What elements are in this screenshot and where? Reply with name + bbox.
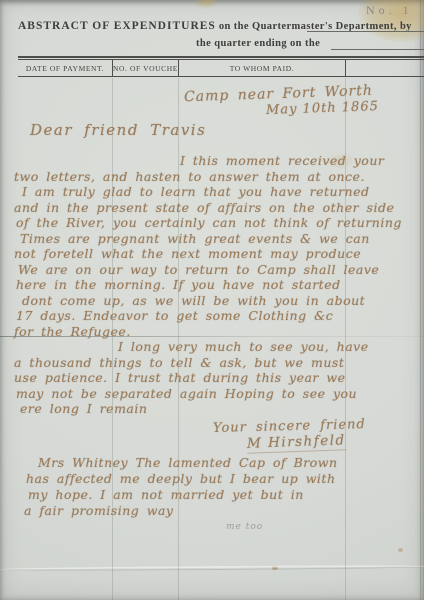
letter-line: 17 days. Endeavor to get some Clothing &… (16, 308, 402, 324)
letter-line: two letters, and hasten to answer them a… (14, 169, 402, 185)
form-title: ABSTRACT OF EXPENDITURES (18, 20, 216, 32)
letter-line: a thousand things to tell & ask, but we … (14, 355, 402, 371)
column-to-whom-paid: TO WHOM PAID. (178, 60, 345, 76)
letter-salutation: Dear friend Travis (30, 121, 206, 139)
column-blank (345, 60, 424, 76)
letter-line: of the River, you certainly can not thin… (16, 215, 402, 231)
column-date-of-payment: DATE OF PAYMENT. (18, 64, 112, 73)
letter-line: Times are pregnant with great events & w… (20, 231, 402, 247)
letter-line: I am truly glad to learn that you have r… (22, 184, 402, 200)
table-header-row: DATE OF PAYMENT. NO. OF VOUCHER. TO WHOM… (18, 59, 424, 77)
letter-line: use patience. I trust that during this y… (14, 370, 402, 386)
postscript-line: a fair promising way (24, 503, 338, 519)
letter-line: dont come up, as we will be with you in … (22, 293, 402, 309)
fold-crease (0, 564, 424, 571)
letter-postscript: Mrs Whitney The lamented Cap of Brown ha… (24, 455, 338, 519)
postscript-line: Mrs Whitney The lamented Cap of Brown (38, 455, 338, 471)
ink-speck (398, 548, 403, 552)
letter-signature: M Hirshfeld (247, 432, 346, 453)
letter-line: We are on our way to return to Camp shal… (18, 262, 402, 278)
top-stain (193, 0, 219, 9)
letter-line: may not be separated again Hoping to see… (16, 386, 402, 402)
blank-rule (331, 49, 424, 50)
document-number: No. 1 (366, 3, 424, 18)
letter-body: I this moment received your two letters,… (14, 153, 402, 417)
letter-scan: No. 1 ABSTRACT OF EXPENDITURES on the Qu… (0, 0, 424, 600)
postscript-line: my hope. I am not married yet but in (28, 487, 338, 503)
letter-line: here in the morning. If you have not sta… (16, 277, 402, 293)
letter-line: I this moment received your (180, 153, 402, 169)
letter-line: and in the present state of affairs on t… (14, 200, 402, 216)
letter-line: I long very much to see you, have (118, 339, 402, 355)
form-quarter-line: the quarter ending on the (196, 38, 320, 49)
pencil-note: me too (226, 522, 263, 532)
postscript-line: has affected me deeply but I bear up wit… (26, 471, 338, 487)
letter-date: May 10th 1865 (266, 99, 379, 118)
paper-edge-rule (420, 0, 421, 600)
letter-line: ere long I remain (20, 401, 402, 417)
blank-rule (307, 31, 424, 32)
expenditures-table-header: DATE OF PAYMENT. NO. OF VOUCHER. TO WHOM… (18, 56, 424, 77)
letter-line: for the Refugee. (14, 324, 402, 340)
letter-line: not foretell what the next moment may pr… (14, 246, 402, 262)
column-no-of-voucher: NO. OF VOUCHER. (112, 60, 178, 76)
